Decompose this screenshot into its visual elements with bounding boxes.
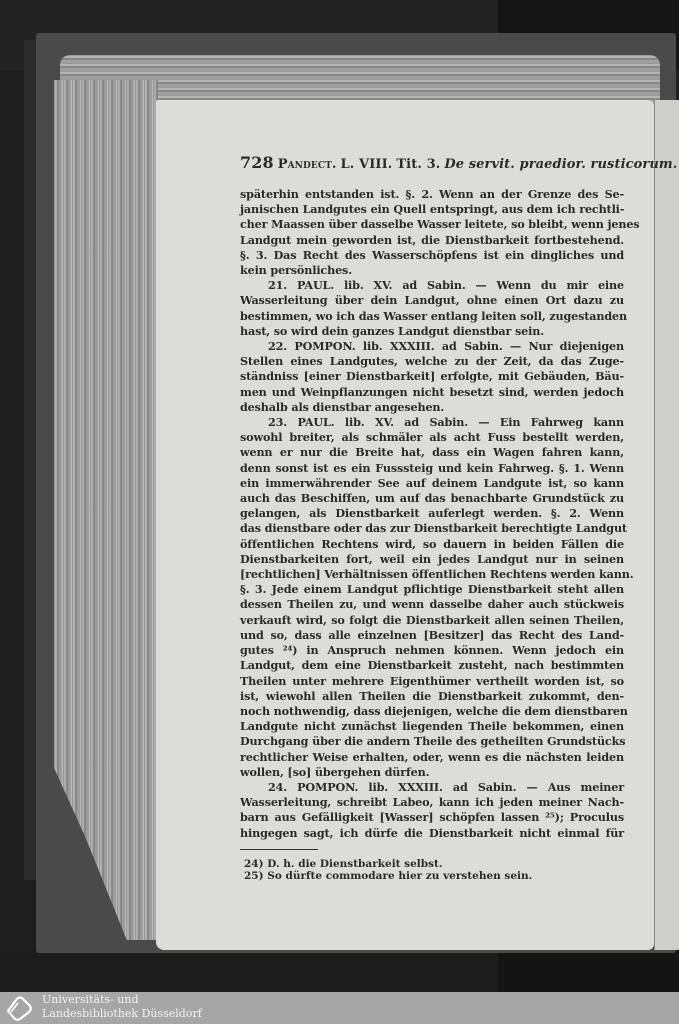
page-number: 728 [240, 155, 274, 171]
text-line: barn aus Gefälligkeit [Wasser] schöpfen … [240, 810, 624, 825]
text-line: ein immerwährender See auf deinem Landgu… [240, 476, 624, 491]
text-line: Landgute nicht zunächst liegenden Theile… [240, 719, 624, 734]
footnote-rule [240, 849, 318, 850]
text-line: ist, wiewohl allen Theilen die Dienstbar… [240, 689, 624, 704]
text-line: gelangen, als Dienstbarkeit auferlegt we… [240, 506, 624, 521]
running-head: 728 Pandect. L. VIII. Tit. 3. De servit.… [240, 155, 624, 173]
text-line: dessen Theilen zu, und wenn dasselbe dah… [240, 597, 624, 612]
running-head-title: Tit. 3. [396, 157, 440, 173]
text-line: wenn er nur die Breite hat, dass ein Wag… [240, 445, 624, 460]
background-bottom-left [0, 950, 498, 992]
text-line: wollen, [so] übergehen dürfen. [240, 765, 624, 780]
text-line: und so, dass alle einzelnen [Besitzer] d… [240, 628, 624, 643]
text-line: auch das Beschiffen, um auf das benachba… [240, 491, 624, 506]
facing-page-edge [654, 100, 679, 950]
text-line: cher Maassen über dasselbe Wasser leitet… [240, 217, 624, 232]
background-bottom-right [498, 950, 679, 992]
text-line: §. 3. Das Recht des Wasserschöpfens ist … [240, 248, 624, 263]
text-line: janischen Landgutes ein Quell entspringt… [240, 202, 624, 217]
text-line: sowohl breiter, als schmäler als acht Fu… [240, 430, 624, 445]
text-line: hast, so wird dein ganzes Landgut dienst… [240, 324, 624, 339]
text-line: [rechtlichen] Verhältnissen öffentlichen… [240, 567, 624, 582]
text-line: noch nothwendig, dass diejenigen, welche… [240, 704, 624, 719]
text-line: bestimmen, wo ich das Wasser entlang lei… [240, 309, 624, 324]
ulb-logo-icon[interactable] [5, 995, 33, 1021]
text-line: rechtlicher Weise erhalten, oder, wenn e… [240, 750, 624, 765]
text-line: Dienstbarkeiten fort, weil ein jedes Lan… [240, 552, 624, 567]
text-line: deshalb als dienstbar angesehen. [240, 400, 624, 415]
text-line: gutes ²⁴) in Anspruch nehmen können. Wen… [240, 643, 624, 658]
footer-line-1: Universitäts- und [42, 993, 202, 1007]
running-head-pandect: Pandect. [278, 157, 337, 173]
page-text: 728 Pandect. L. VIII. Tit. 3. De servit.… [240, 155, 624, 883]
text-line: kein persönliches. [240, 263, 624, 278]
text-line: Wasserleitung über dein Landgut, ohne ei… [240, 293, 624, 308]
text-line: denn sonst ist es ein Fusssteig und kein… [240, 461, 624, 476]
text-line: Landgut mein geworden ist, die Dienstbar… [240, 233, 624, 248]
footer-institution[interactable]: Universitäts- und Landesbibliothek Düsse… [42, 993, 202, 1021]
text-line: Durchgang über die andern Theile des get… [240, 734, 624, 749]
footer-line-2: Landesbibliothek Düsseldorf [42, 1007, 202, 1021]
text-line: men und Weinpflanzungen nicht besetzt si… [240, 385, 624, 400]
text-line: Theilen unter mehrere Eigenthümer verthe… [240, 674, 624, 689]
text-line: Stellen eines Landgutes, welche zu der Z… [240, 354, 624, 369]
text-line: hingegen sagt, ich dürfe die Dienstbarke… [240, 826, 624, 841]
running-head-book: L. VIII. [341, 157, 393, 173]
text-line: Landgut, dem eine Dienstbarkeit zusteht,… [240, 658, 624, 673]
section-heading-22: 22. POMPON. lib. XXXIII. ad Sabin. — Nur… [240, 339, 624, 354]
text-line: §. 3. Jede einem Landgut pflichtige Dien… [240, 582, 624, 597]
running-head-subject: De servit. praedior. rusticorum. [444, 157, 677, 173]
text-line: öffentlichen Rechtens wird, so dauern in… [240, 537, 624, 552]
section-heading-23: 23. PAUL. lib. XV. ad Sabin. — Ein Fahrw… [240, 415, 624, 430]
text-line: ständniss [einer Dienstbarkeit] erfolgte… [240, 369, 624, 384]
text-line: Wasserleitung, schreibt Labeo, kann ich … [240, 795, 624, 810]
section-heading-21: 21. PAUL. lib. XV. ad Sabin. — Wenn du m… [240, 278, 624, 293]
footnote-25: 25) So dürfte commodare hier zu verstehe… [240, 870, 624, 883]
section-heading-24: 24. POMPON. lib. XXXIII. ad Sabin. — Aus… [240, 780, 624, 795]
footnote-24: 24) D. h. die Dienstbarkeit selbst. [240, 858, 624, 871]
text-line: verkauft wird, so folgt die Dienstbarkei… [240, 613, 624, 628]
text-line: späterhin entstanden ist. §. 2. Wenn an … [240, 187, 624, 202]
text-line: das dienstbare oder das zur Dienstbarkei… [240, 521, 624, 536]
